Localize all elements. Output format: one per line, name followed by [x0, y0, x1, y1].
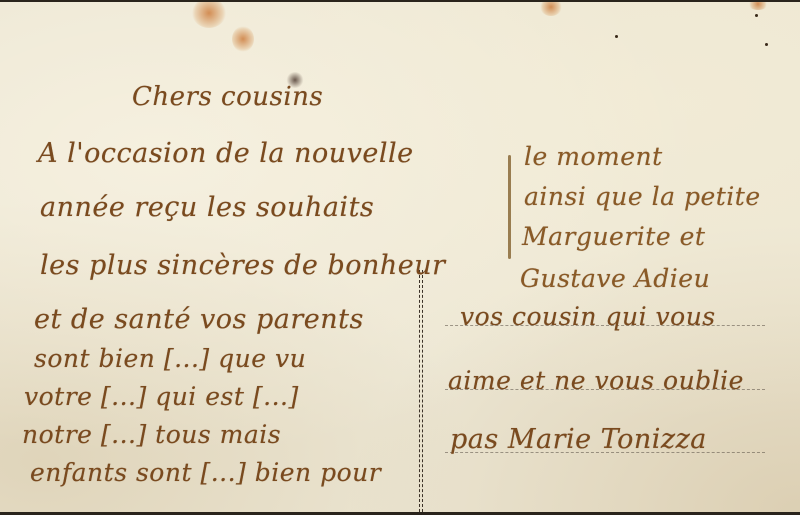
letter-line: aime et ne vous oublie — [448, 366, 744, 395]
letter-line: vos cousin qui vous — [460, 302, 716, 331]
rust-stain — [748, 2, 768, 10]
signature-line: pas Marie Tonizza — [450, 424, 707, 455]
letter-line: les plus sincères de bonheur — [40, 250, 446, 281]
address-divider-line — [419, 270, 423, 512]
postcard: Chers cousins A l'occasion de la nouvell… — [0, 2, 800, 512]
speck — [615, 35, 618, 38]
rust-stain — [192, 2, 226, 28]
letter-line: ainsi que la petite — [524, 182, 761, 211]
letter-line: le moment — [524, 142, 663, 171]
letter-line: notre [...] tous mais — [22, 420, 281, 449]
letter-line: Marguerite et — [522, 222, 705, 251]
letter-line: enfants sont [...] bien pour — [30, 458, 381, 487]
letter-line: A l'occasion de la nouvelle — [38, 138, 414, 169]
letter-line: Gustave Adieu — [520, 264, 710, 293]
letter-line: et de santé vos parents — [34, 304, 364, 335]
ink-bracket — [508, 155, 511, 259]
speck — [755, 14, 758, 17]
rust-stain — [540, 2, 562, 16]
letter-line: votre [...] qui est [...] — [24, 382, 299, 411]
speck — [765, 43, 768, 46]
rust-stain — [232, 26, 254, 52]
greeting: Chers cousins — [132, 82, 323, 112]
letter-line: sont bien [...] que vu — [34, 344, 306, 373]
letter-line: année reçu les souhaits — [40, 192, 374, 223]
